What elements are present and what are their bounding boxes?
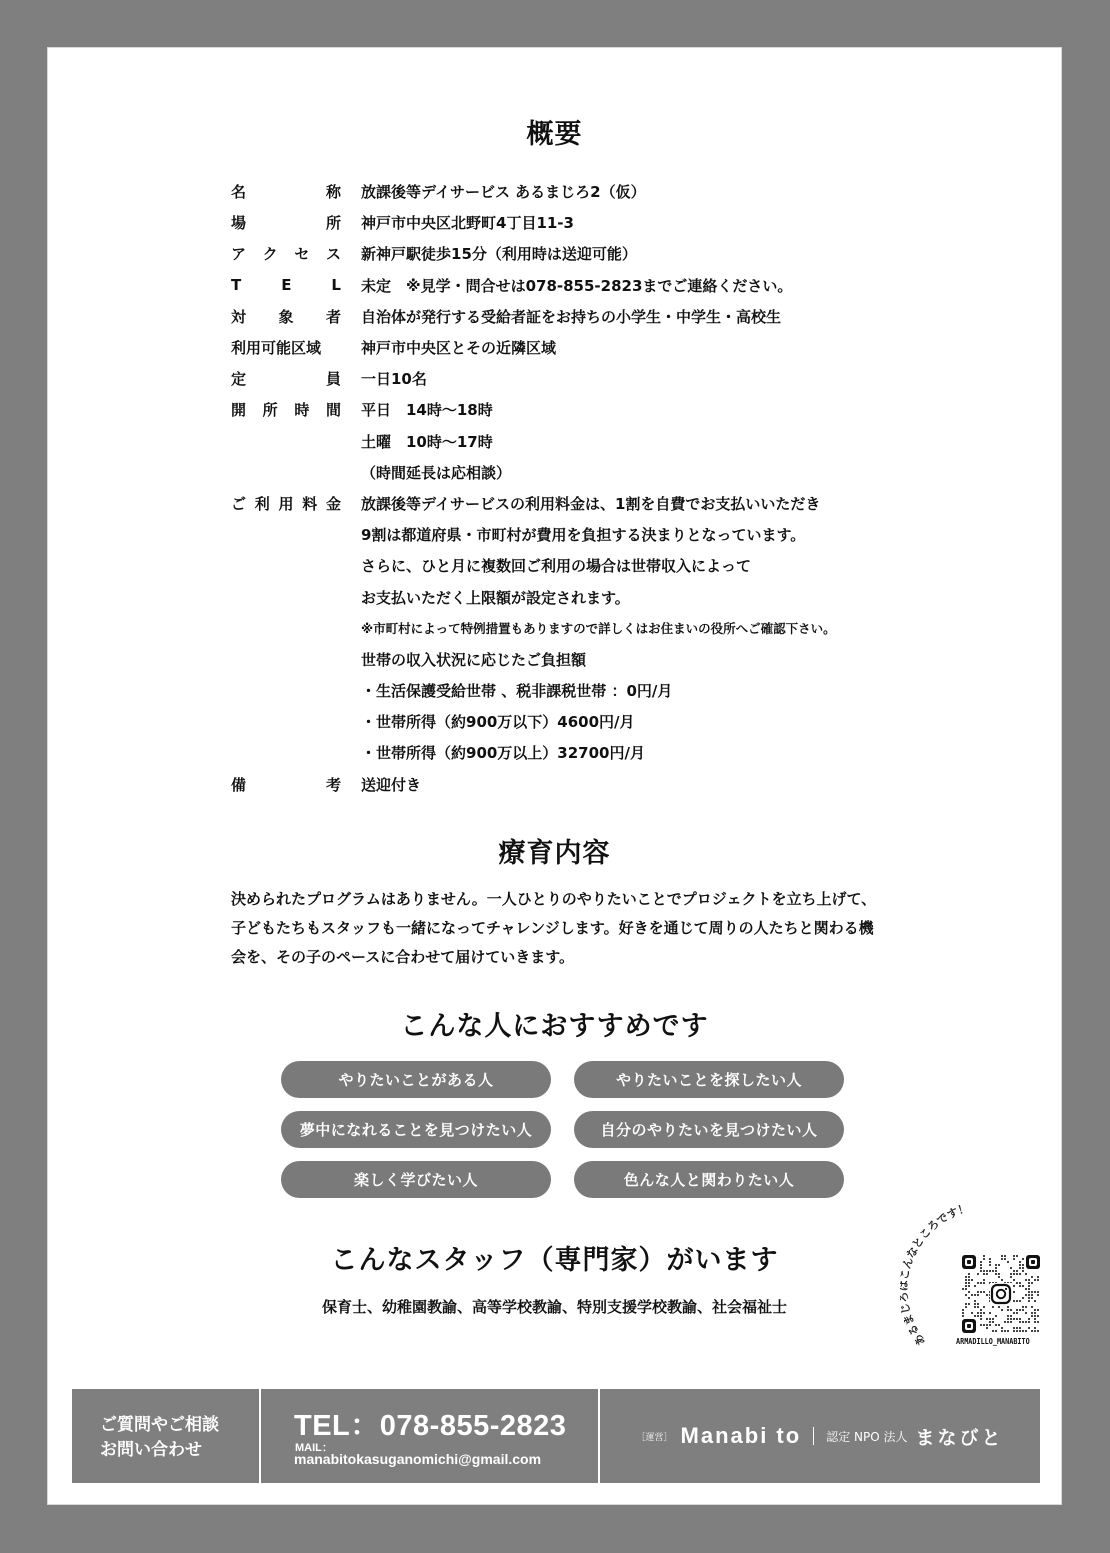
overview-value: 平日 14時～18時	[361, 399, 493, 420]
overview-row: TEL未定 ※見学・問合せは078-855-2823までご連絡ください。	[231, 270, 951, 301]
instagram-qr-block: あるまじろはこんなところです！ ARMADILLO_MANABITO	[900, 1200, 1060, 1360]
overview-row: 場所神戸市中央区北野町4丁目11-3	[231, 207, 951, 238]
contact-heading-line2: お問い合わせ	[100, 1438, 219, 1463]
overview-label-char: 員	[326, 368, 341, 389]
overview-value: 放課後等デイサービスの利用料金は、1割を自費でお支払いいただき	[361, 493, 820, 514]
overview-label: 場所	[231, 212, 341, 233]
overview-value: 神戸市中央区とその近隣区域	[361, 337, 556, 358]
overview-row: お支払いただく上限額が設定されます。	[231, 581, 951, 612]
overview-value: お支払いただく上限額が設定されます。	[361, 587, 630, 608]
overview-label: 名称	[231, 181, 341, 202]
overview-label-char: ご	[231, 493, 246, 514]
overview-row: 9割は都道府県・市町村が費用を負担する決まりとなっています。	[231, 519, 951, 550]
overview-label-char: 象	[278, 306, 293, 327]
overview-label-char: 者	[326, 306, 341, 327]
overview-value: さらに、ひと月に複数回ご利用の場合は世帯収入によって	[361, 555, 751, 576]
npo-label: 認定 NPO 法人	[826, 1428, 907, 1445]
overview-label: 開所時間	[231, 399, 341, 420]
recommend-pill: 楽しく学びたい人	[281, 1161, 551, 1198]
overview-row: ※市町村によって特例措置もありますので詳しくはお住まいの役所へご確認下さい。	[231, 613, 951, 644]
overview-row: ご利用料金放課後等デイサービスの利用料金は、1割を自費でお支払いいただき	[231, 488, 951, 519]
overview-table: 名称放課後等デイサービス あるまじろ2（仮）場所神戸市中央区北野町4丁目11-3…	[231, 176, 951, 800]
overview-row: アクセス新神戸駅徒歩15分（利用時は送迎可能）	[231, 238, 951, 269]
overview-label-char: L	[331, 276, 341, 294]
recommend-title: こんな人におすすめです	[48, 1004, 1061, 1043]
overview-label-char: 利	[255, 493, 270, 514]
overview-row: さらに、ひと月に複数回ご利用の場合は世帯収入によって	[231, 550, 951, 581]
overview-label-char: 所	[263, 399, 278, 420]
overview-value: 9割は都道府県・市町村が費用を負担する決まりとなっています。	[361, 524, 805, 545]
recommend-pill: やりたいことを探したい人	[574, 1061, 844, 1098]
recommend-pill: やりたいことがある人	[281, 1061, 551, 1098]
flyer-page: 概要 名称放課後等デイサービス あるまじろ2（仮）場所神戸市中央区北野町4丁目1…	[47, 47, 1062, 1505]
overview-title: 概要	[48, 112, 1061, 151]
recommend-pill: 夢中になれることを見つけたい人	[281, 1111, 551, 1148]
overview-label-char: 名	[231, 181, 246, 202]
arc-caption-text: あるまじろはこんなところです！	[900, 1201, 971, 1348]
overview-label-char: E	[281, 276, 291, 294]
svg-text:あるまじろはこんなところです！: あるまじろはこんなところです！	[900, 1201, 971, 1348]
operator-cell: ［運営］ Manabi to 認定 NPO 法人 まなびと	[600, 1389, 1040, 1483]
overview-label-char: 所	[326, 212, 341, 233]
overview-label-char: 称	[326, 181, 341, 202]
overview-label: 利用可能区域	[231, 337, 341, 358]
overview-label: TEL	[231, 276, 341, 294]
overview-label-char: 用	[278, 493, 293, 514]
overview-label-char: 料	[302, 493, 317, 514]
overview-value: 土曜 10時～17時	[361, 431, 493, 452]
divider	[813, 1427, 814, 1445]
org-name: まなびと	[915, 1423, 1003, 1450]
qr-code[interactable]	[962, 1255, 1040, 1333]
overview-label-char: 金	[326, 493, 341, 514]
overview-row: 定員一日10名	[231, 363, 951, 394]
ryoiku-description: 決められたプログラムはありません。一人ひとりのやりたいことでプロジェクトを立ち上…	[231, 885, 931, 972]
recommend-pill-grid: やりたいことがある人 やりたいことを探したい人 夢中になれることを見つけたい人 …	[281, 1061, 844, 1198]
overview-value: （時間延長は応相談）	[361, 462, 511, 483]
overview-row: （時間延長は応相談）	[231, 457, 951, 488]
overview-label-char: 定	[231, 368, 246, 389]
overview-value: 自治体が発行する受給者証をお持ちの小学生・中学生・高校生	[361, 306, 781, 327]
overview-label-char: ス	[326, 243, 341, 264]
contact-details-cell: TEL：078-855-2823 MAIL： manabitokasuganom…	[261, 1389, 598, 1483]
overview-label-char: ア	[231, 243, 246, 264]
overview-row: 開所時間平日 14時～18時	[231, 394, 951, 425]
recommend-pill: 自分のやりたいを見つけたい人	[574, 1111, 844, 1148]
overview-label: 定員	[231, 368, 341, 389]
overview-label-char: 利用可能区域	[231, 337, 321, 358]
overview-label: ご利用料金	[231, 493, 341, 514]
ryoiku-line: 子どもたちもスタッフも一緒になってチャレンジします。好きを通じて周りの人たちと関…	[231, 914, 931, 943]
overview-label-char: 対	[231, 306, 246, 327]
brand-logo: Manabi to	[681, 1423, 802, 1449]
overview-label-char: 備	[231, 774, 246, 795]
overview-label: 備考	[231, 774, 341, 795]
overview-row: 備考送迎付き	[231, 769, 951, 800]
contact-heading-line1: ご質問やご相談	[100, 1413, 219, 1438]
contact-heading-cell: ご質問やご相談 お問い合わせ	[72, 1389, 259, 1483]
overview-label-char: 考	[326, 774, 341, 795]
ryoiku-line: 会を、その子のペースに合わせて届けていきます。	[231, 943, 931, 972]
overview-row: ・世帯所得（約900万以下）4600円/月	[231, 706, 951, 737]
operator-label: ［運営］	[637, 1430, 673, 1443]
overview-label-char: セ	[294, 243, 309, 264]
qr-caption: ARMADILLO_MANABITO	[956, 1337, 1030, 1346]
overview-label: アクセス	[231, 243, 341, 264]
phone-number[interactable]: TEL：078-855-2823	[294, 1403, 566, 1444]
overview-label-char: 間	[326, 399, 341, 420]
overview-label-char: T	[231, 276, 241, 294]
email-address[interactable]: manabitokasuganomichi@gmail.com	[294, 1451, 541, 1467]
overview-row: 対象者自治体が発行する受給者証をお持ちの小学生・中学生・高校生	[231, 301, 951, 332]
overview-row: ・世帯所得（約900万以上）32700円/月	[231, 737, 951, 768]
overview-row: ・生活保護受給世帯 、税非課税世帯 ：0円/月	[231, 675, 951, 706]
ryoiku-line: 決められたプログラムはありません。一人ひとりのやりたいことでプロジェクトを立ち上…	[231, 885, 931, 914]
overview-label-char: 時	[294, 399, 309, 420]
overview-value: 一日10名	[361, 368, 427, 389]
overview-label-char: 開	[231, 399, 246, 420]
overview-row: 土曜 10時～17時	[231, 426, 951, 457]
overview-value: ※市町村によって特例措置もありますので詳しくはお住まいの役所へご確認下さい。	[361, 619, 836, 637]
overview-label-char: 場	[231, 212, 246, 233]
overview-row: 名称放課後等デイサービス あるまじろ2（仮）	[231, 176, 951, 207]
overview-value: ・世帯所得（約900万以上）32700円/月	[361, 742, 645, 763]
overview-label: 対象者	[231, 306, 341, 327]
overview-value: ・生活保護受給世帯 、税非課税世帯 ：0円/月	[361, 680, 672, 701]
overview-row: 利用可能区域神戸市中央区とその近隣区域	[231, 332, 951, 363]
overview-row: 世帯の収入状況に応じたご負担額	[231, 644, 951, 675]
overview-value: 放課後等デイサービス あるまじろ2（仮）	[361, 181, 646, 202]
overview-value: 世帯の収入状況に応じたご負担額	[361, 649, 586, 670]
overview-value: 新神戸駅徒歩15分（利用時は送迎可能）	[361, 243, 637, 264]
overview-label-char: ク	[263, 243, 278, 264]
ryoiku-title: 療育内容	[48, 831, 1061, 870]
overview-value: 未定 ※見学・問合せは078-855-2823までご連絡ください。	[361, 275, 792, 296]
overview-value: 送迎付き	[361, 774, 421, 795]
contact-footer: ご質問やご相談 お問い合わせ TEL：078-855-2823 MAIL： ma…	[72, 1389, 1040, 1483]
overview-value: ・世帯所得（約900万以下）4600円/月	[361, 711, 635, 732]
recommend-pill: 色んな人と関わりたい人	[574, 1161, 844, 1198]
overview-value: 神戸市中央区北野町4丁目11-3	[361, 212, 574, 233]
